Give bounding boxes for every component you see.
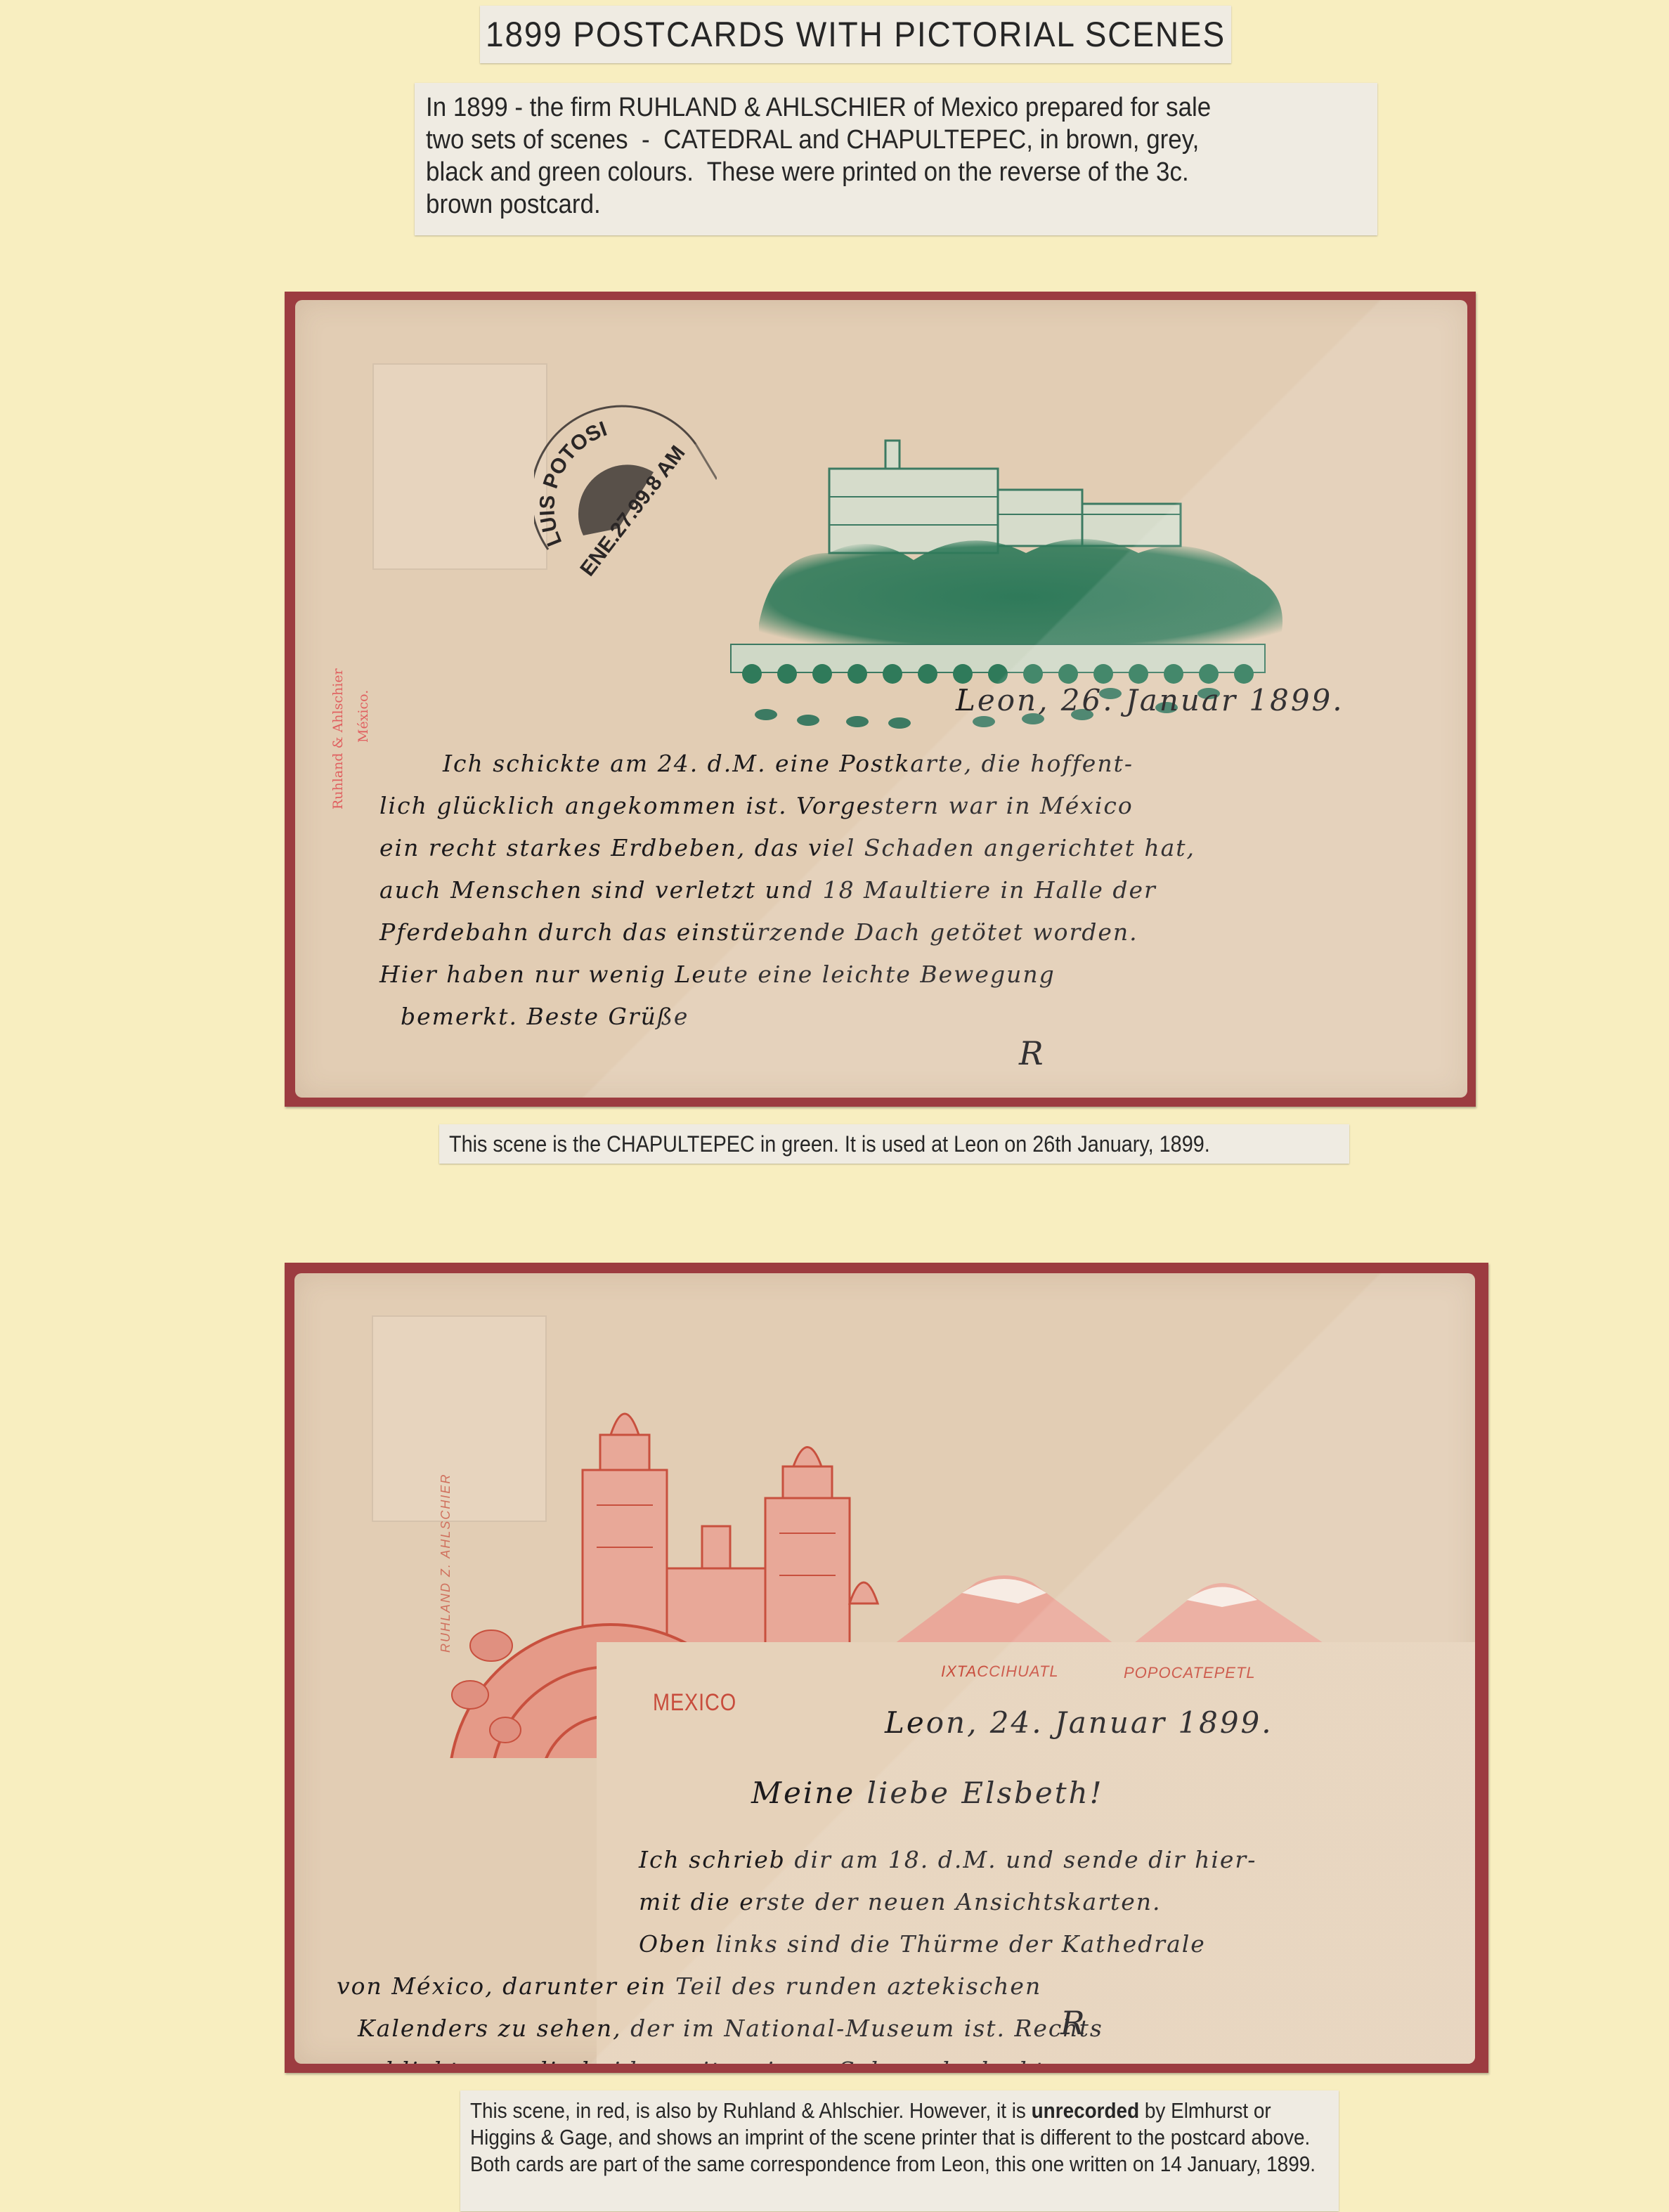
caption-chapultepec: This scene is the CHAPULTEPEC in green. … — [439, 1124, 1349, 1164]
handwritten-line: mit die erste der neuen Ansichtskarten. — [639, 1888, 1162, 1915]
handwritten-line: Oben links sind die Thürme der Kathedral… — [639, 1930, 1206, 1958]
page-title: 1899 POSTCARDS WITH PICTORIAL SCENES — [486, 14, 1226, 55]
caption-mexico-text: This scene, in red, is also by Ruhland &… — [470, 2097, 1328, 2178]
printer-imprint-line-1: Ruhland & Ahlschier — [330, 668, 346, 809]
handwritten-line: ein recht starkes Erdbeben, das viel Sch… — [379, 834, 1195, 861]
postcard-mount-chapultepec: Ruhland & Ahlschier México. LUIS POTOSI … — [285, 292, 1476, 1107]
handwritten-dateline: Leon, 24. Januar 1899. — [885, 1705, 1273, 1740]
handwritten-dateline: Leon, 26. Januar 1899. — [956, 683, 1344, 717]
scene-label-popocatepetl: POPOCATEPETL — [1124, 1664, 1256, 1682]
handwritten-line: erblickt man die beiden mit ewigem Schne… — [358, 2057, 1086, 2064]
handwritten-salutation: Meine liebe Elsbeth! — [751, 1776, 1104, 1810]
signature: R — [1060, 2004, 1085, 2042]
unrecorded-emphasis: unrecorded — [1032, 2098, 1139, 2123]
postcard-mount-mexico: RUHLAND Z. AHLSCHIER MEXICO IXTACCIHUATL… — [285, 1263, 1488, 2073]
signature: R — [1019, 1034, 1044, 1072]
scene-label-mexico: MEXICO — [653, 1689, 736, 1717]
handwritten-line: lich glücklich angekommen ist. Vorgester… — [379, 792, 1134, 819]
page-title-label: 1899 POSTCARDS WITH PICTORIAL SCENES — [480, 6, 1231, 63]
handwritten-line: Hier haben nur wenig Leute eine leichte … — [379, 961, 1056, 988]
handwritten-line: von México, darunter ein Teil des runden… — [337, 1972, 1041, 2000]
postcard-chapultepec: Ruhland & Ahlschier México. LUIS POTOSI … — [295, 300, 1467, 1098]
handwritten-line: Pferdebahn durch das einstürzende Dach g… — [379, 918, 1138, 946]
printer-imprint: RUHLAND Z. AHLSCHIER — [439, 1473, 453, 1653]
handwritten-line: auch Menschen sind verletzt und 18 Mault… — [379, 876, 1157, 904]
scene-label-ixtaccihuatl: IXTACCIHUATL — [941, 1663, 1059, 1681]
handwritten-line: Kalenders zu sehen, der im National-Muse… — [358, 2015, 1103, 2042]
stamp-impression-area — [372, 363, 547, 570]
caption-chapultepec-text: This scene is the CHAPULTEPEC in green. … — [449, 1131, 1210, 1157]
printer-imprint-line-2: México. — [356, 690, 371, 743]
intro-label: In 1899 - the firm RUHLAND & AHLSCHIER o… — [415, 83, 1377, 235]
handwritten-line: bemerkt. Beste Grüße — [401, 1003, 689, 1030]
intro-text: In 1899 - the firm RUHLAND & AHLSCHIER o… — [426, 91, 1360, 221]
handwritten-line: Ich schickte am 24. d.M. eine Postkarte,… — [443, 750, 1134, 777]
handwritten-line: Ich schrieb dir am 18. d.M. und sende di… — [639, 1846, 1256, 1873]
postcard-mexico: RUHLAND Z. AHLSCHIER MEXICO IXTACCIHUATL… — [294, 1273, 1475, 2064]
caption-mexico: This scene, in red, is also by Ruhland &… — [460, 2090, 1339, 2211]
postmark-icon: LUIS POTOSI ENE.27.99.8 AM — [534, 402, 717, 585]
